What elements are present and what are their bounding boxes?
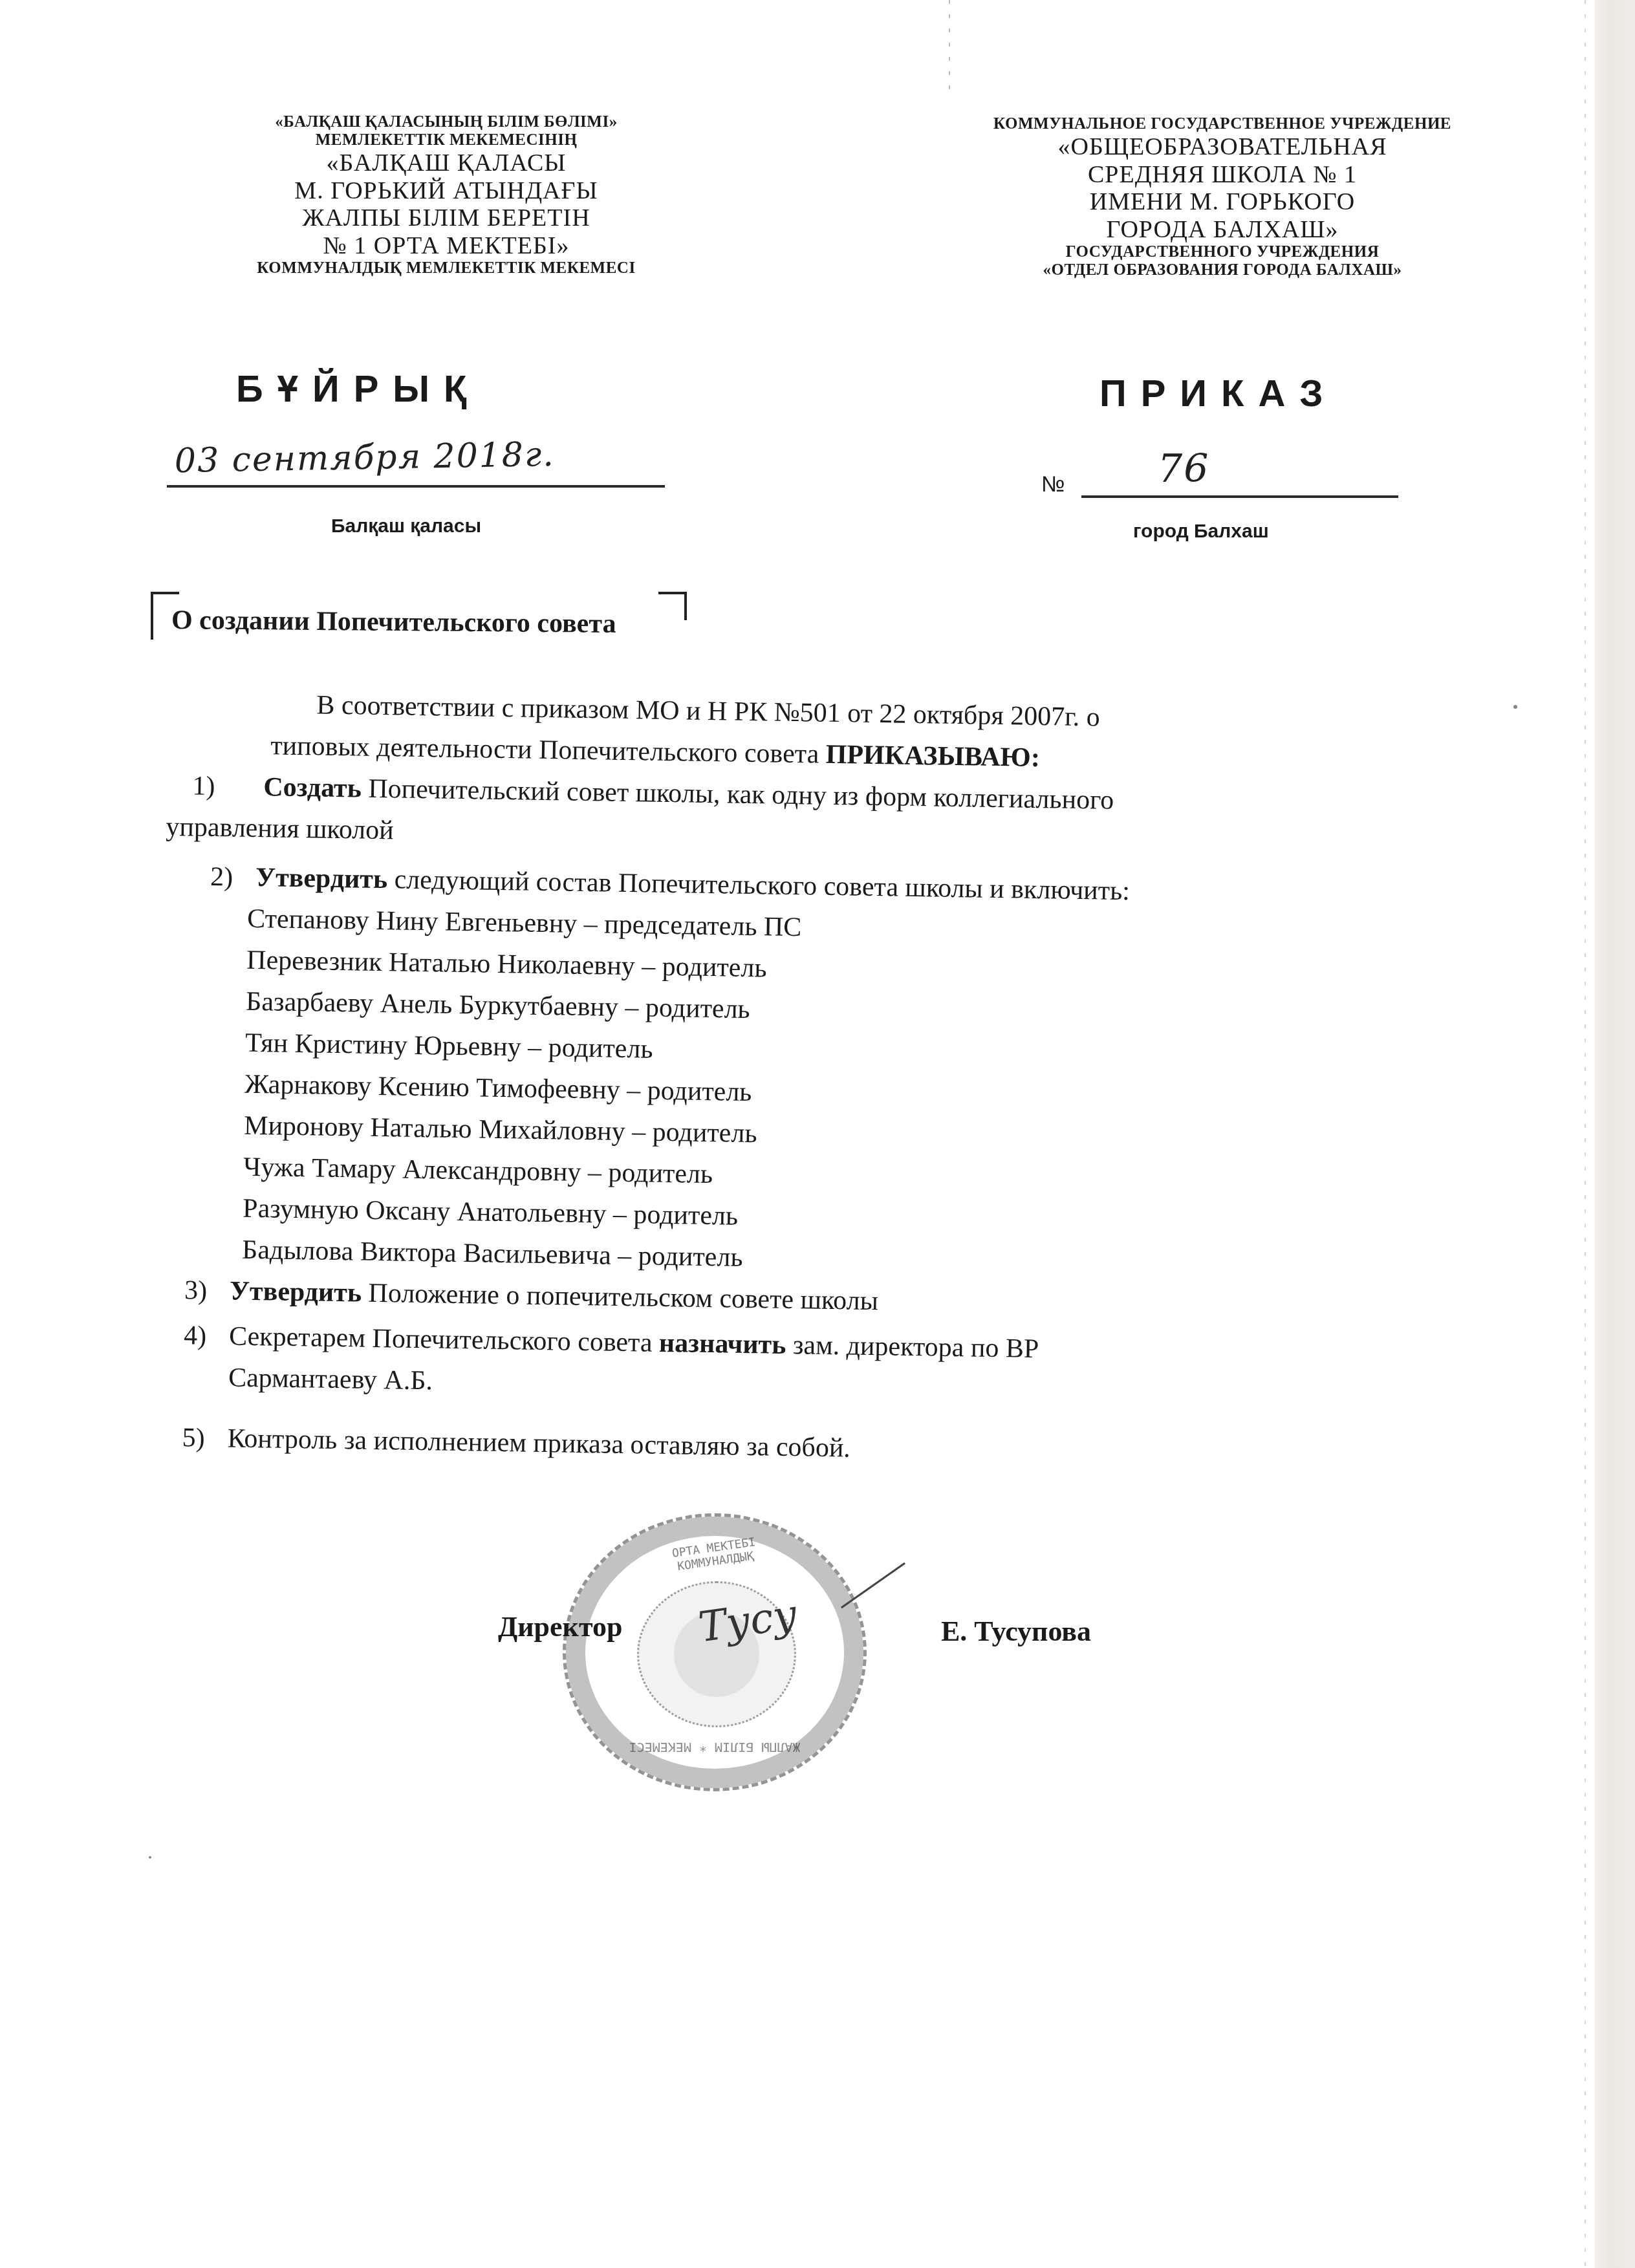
letterhead-line: коммуналдық мемлекеттік мекемесі: [220, 259, 673, 277]
item-verb: Создать: [263, 772, 362, 803]
item-text: следующий состав Попечительского совета …: [387, 865, 1131, 906]
letterhead-line: «Отдел образования города Балхаш»: [967, 261, 1478, 279]
scan-paper-edge: [1595, 0, 1635, 2268]
item-number: 3): [184, 1269, 230, 1312]
item-text: Попечительский совет школы, как одну из …: [362, 774, 1114, 815]
item-text: Секретарем Попечительского совета: [229, 1321, 660, 1357]
order-date-handwritten: 03 сентября 2018г.: [175, 435, 556, 481]
letterhead-line: средняя школа № 1: [967, 161, 1478, 189]
letterhead-line: города Балхаш»: [967, 216, 1478, 244]
letterhead-line: Коммунальное государственное учреждение: [967, 115, 1478, 133]
letterhead-line: «Общеобразовательная: [967, 133, 1478, 161]
signatory-name: Е. Тусупова: [941, 1615, 1091, 1648]
official-seal-stamp: ОРТА МЕКТЕБІ КОММУНАЛДЫҚ ЖАЛПЫ БІЛІМ * М…: [563, 1513, 867, 1791]
item-verb: Утвердить: [230, 1276, 362, 1308]
item-number: 5): [182, 1417, 228, 1459]
item-number: 4): [184, 1315, 230, 1357]
letterhead-line: имени М. Горького: [967, 188, 1478, 216]
scan-artifact-line: [1585, 0, 1586, 2268]
order-item-5: 5) Контроль за исполнением приказа остав…: [162, 1417, 1463, 1479]
letterhead-kazakh: «Балқаш қаласының білім бөлімі» мемлекет…: [220, 113, 673, 277]
letterhead-line: № 1 орта мектебі»: [220, 232, 673, 260]
item-text: зам. директора по ВР: [786, 1330, 1039, 1364]
order-number-handwritten: 76: [1158, 446, 1209, 491]
letterhead-russian: Коммунальное государственное учреждение …: [967, 115, 1478, 279]
item-text: Положение о попечительском совете школы: [362, 1279, 879, 1317]
subject-bracket-right: [658, 592, 687, 620]
item-number: 2): [210, 856, 256, 898]
order-title-russian: ПРИКАЗ: [1099, 372, 1337, 415]
stamp-text: ОРТА МЕКТЕБІ КОММУНАЛДЫҚ: [629, 1529, 799, 1580]
item-verb: назначить: [659, 1328, 786, 1360]
council-members-list: Степанову Нину Евгеньевну – председатель…: [166, 897, 1471, 1290]
item-number: 1): [192, 765, 264, 808]
item-text: Контроль за исполнением приказа оставляю…: [227, 1418, 850, 1469]
intro-text: типовых деятельности Попечительского сов…: [270, 731, 826, 769]
signature-stroke: [841, 1562, 905, 1608]
order-number-label: №: [1041, 472, 1065, 497]
scan-artifact-line: [949, 0, 950, 91]
order-body: В соответствии с приказом МО и Н РК №501…: [162, 682, 1475, 1478]
letterhead-line: жалпы білім беретін: [220, 204, 673, 232]
scan-speck: [149, 1856, 151, 1859]
city-russian: город Балхаш: [1133, 521, 1269, 543]
letterhead-line: «Балқаш қаласы: [220, 149, 673, 177]
letterhead-line: государственного учреждения: [967, 243, 1478, 261]
order-directive: ПРИКАЗЫВАЮ:: [825, 740, 1040, 773]
date-underline: [167, 485, 665, 488]
item-verb: Утвердить: [255, 863, 388, 894]
scan-speck: [1513, 705, 1517, 709]
order-title-kazakh: БҰЙРЫҚ: [236, 367, 481, 411]
order-subject: О создании Попечительского совета: [171, 605, 616, 640]
letterhead-line: мемлекеттік мекемесінің: [220, 131, 673, 149]
city-kazakh: Балқаш қаласы: [331, 515, 481, 537]
letterhead-line: М. Горький атындағы: [220, 177, 673, 205]
stamp-text: ЖАЛПЫ БІЛІМ * МЕКЕМЕСІ: [624, 1740, 805, 1755]
number-underline: [1081, 495, 1398, 498]
letterhead-line: «Балқаш қаласының білім бөлімі»: [220, 113, 673, 131]
signatory-role: Директор: [498, 1610, 622, 1643]
